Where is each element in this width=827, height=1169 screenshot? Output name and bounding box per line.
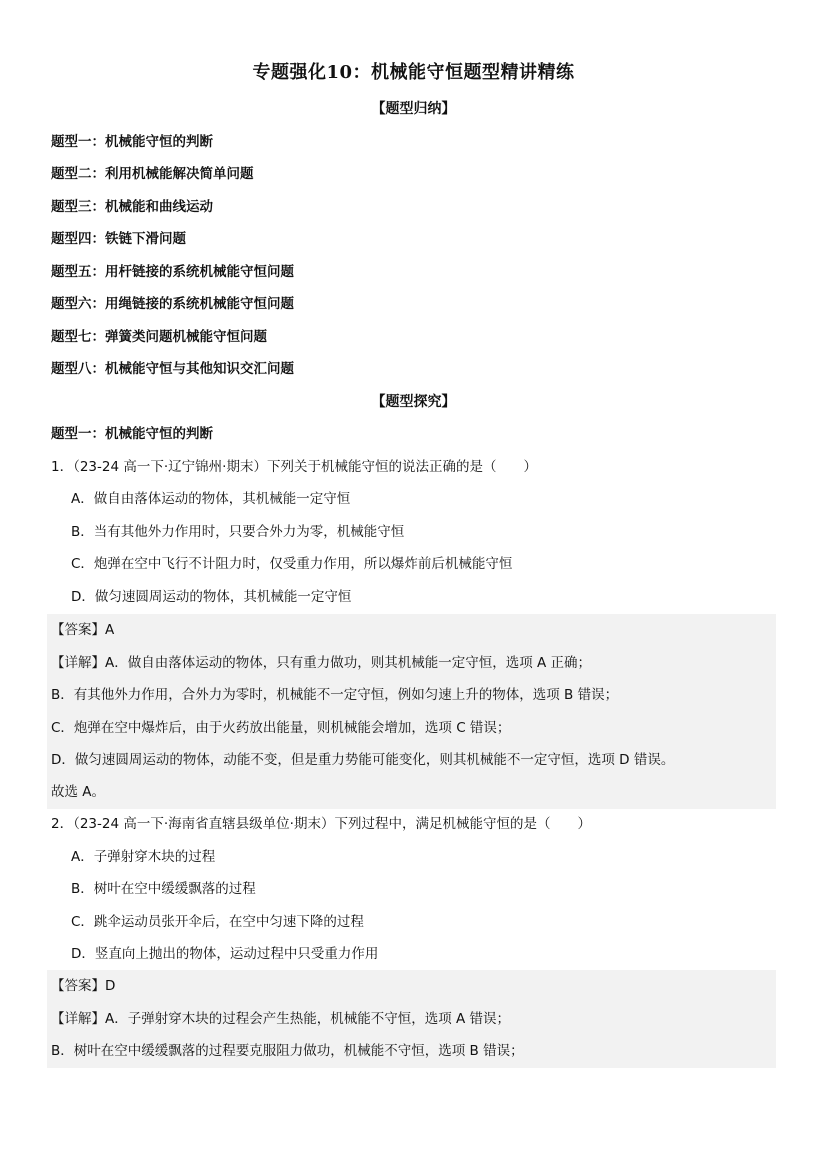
answer-label: 【答案】A: [51, 620, 114, 640]
explanation-line: 【详解】A．做自由落体运动的物体，只有重力做功，则其机械能一定守恒，选项 A 正…: [51, 653, 591, 673]
summary-item: 题型八：机械能守恒与其他知识交汇问题: [51, 359, 294, 379]
question-option-b: B．树叶在空中缓缓飘落的过程: [71, 879, 256, 899]
question-option-d: D．做匀速圆周运动的物体，其机械能一定守恒: [71, 587, 351, 607]
document-page: 专题强化10：机械能守恒题型精讲精练 【题型归纳】 题型一：机械能守恒的判断 题…: [0, 0, 827, 1169]
summary-item: 题型五：用杆链接的系统机械能守恒问题: [51, 262, 294, 282]
explore-section-title: 题型一：机械能守恒的判断: [51, 424, 213, 444]
explanation-line: 【详解】A．子弹射穿木块的过程会产生热能，机械能不守恒，选项 A 错误；: [51, 1009, 510, 1029]
explanation-line: D．做匀速圆周运动的物体，动能不变，但是重力势能可能变化，则其机械能不一定守恒，…: [51, 750, 674, 770]
question-stem: 1．（23-24 高一下·辽宁锦州·期末）下列关于机械能守恒的说法正确的是（ ）: [51, 457, 537, 477]
summary-heading: 【题型归纳】: [0, 99, 827, 119]
explore-heading: 【题型探究】: [0, 392, 827, 412]
summary-item: 题型三：机械能和曲线运动: [51, 197, 213, 217]
summary-item: 题型二：利用机械能解决简单问题: [51, 164, 254, 184]
question-option-a: A．子弹射穿木块的过程: [71, 847, 215, 867]
question-stem: 2．（23-24 高一下·海南省直辖县级单位·期末）下列过程中，满足机械能守恒的…: [51, 814, 591, 834]
explanation-line: B．树叶在空中缓缓飘落的过程要克服阻力做功，机械能不守恒，选项 B 错误；: [51, 1041, 524, 1061]
question-option-a: A．做自由落体运动的物体，其机械能一定守恒: [71, 489, 350, 509]
answer-block: 【答案】D 【详解】A．子弹射穿木块的过程会产生热能，机械能不守恒，选项 A 错…: [47, 970, 776, 1068]
question-option-c: C．跳伞运动员张开伞后，在空中匀速下降的过程: [71, 912, 364, 932]
answer-label: 【答案】D: [51, 976, 115, 996]
summary-item: 题型一：机械能守恒的判断: [51, 132, 213, 152]
summary-item: 题型六：用绳链接的系统机械能守恒问题: [51, 294, 294, 314]
explanation-line: C．炮弹在空中爆炸后，由于火药放出能量，则机械能会增加，选项 C 错误；: [51, 718, 510, 738]
explanation-line: B．有其他外力作用，合外力为零时，机械能不一定守恒，例如匀速上升的物体，选项 B…: [51, 685, 618, 705]
question-option-d: D．竖直向上抛出的物体，运动过程中只受重力作用: [71, 944, 378, 964]
question-option-b: B．当有其他外力作用时，只要合外力为零，机械能守恒: [71, 522, 404, 542]
explanation-line: 故选 A。: [51, 782, 105, 802]
summary-item: 题型四：铁链下滑问题: [51, 229, 186, 249]
summary-item: 题型七：弹簧类问题机械能守恒问题: [51, 327, 267, 347]
document-title: 专题强化10：机械能守恒题型精讲精练: [0, 60, 827, 86]
answer-block: 【答案】A 【详解】A．做自由落体运动的物体，只有重力做功，则其机械能一定守恒，…: [47, 614, 776, 809]
question-option-c: C．炮弹在空中飞行不计阻力时，仅受重力作用，所以爆炸前后机械能守恒: [71, 554, 512, 574]
